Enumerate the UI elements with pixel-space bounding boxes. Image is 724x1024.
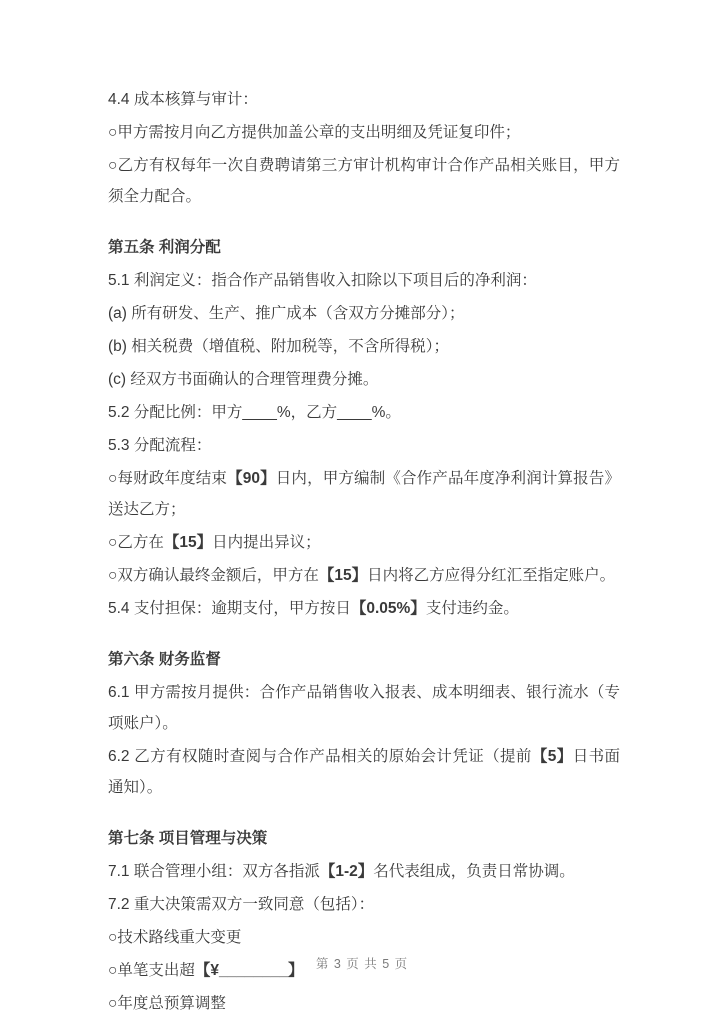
paragraph: (c) 经双方书面确认的合理管理费分摊。: [108, 364, 620, 395]
body-text: ○甲方需按月向乙方提供加盖公章的支出明细及凭证复印件；: [108, 124, 520, 141]
bold-value-text: 第七条 项目管理与决策: [108, 830, 267, 847]
body-text: 6.2 乙方有权随时查阅与合作产品相关的原始会计凭证（提前: [108, 748, 532, 765]
paragraph: (b) 相关税费（增值税、附加税等，不含所得税）；: [108, 331, 620, 362]
body-text: ○每财政年度结束: [108, 470, 227, 487]
document-page: 4.4 成本核算与审计：○甲方需按月向乙方提供加盖公章的支出明细及凭证复印件；○…: [0, 0, 724, 1024]
body-text: ○年度总预算调整: [108, 995, 226, 1012]
paragraph: 6.2 乙方有权随时查阅与合作产品相关的原始会计凭证（提前【5】日书面通知）。: [108, 741, 620, 803]
bold-value-text: 【5】: [532, 748, 573, 765]
body-text: (b) 相关税费（增值税、附加税等，不含所得税）；: [108, 338, 449, 355]
section-heading: 第七条 项目管理与决策: [108, 823, 620, 854]
body-text: 5.2 分配比例：甲方____%，乙方____%。: [108, 404, 401, 421]
paragraph: 5.1 利润定义：指合作产品销售收入扣除以下项目后的净利润：: [108, 265, 620, 296]
body-text: 日内将乙方应得分红汇至指定账户。: [367, 567, 615, 584]
body-text: 6.1 甲方需按月提供：合作产品销售收入报表、成本明细表、银行流水（专项账户）。: [108, 684, 620, 732]
body-text: 5.1 利润定义：指合作产品销售收入扣除以下项目后的净利润：: [108, 272, 537, 289]
section-heading: 第五条 利润分配: [108, 232, 620, 263]
paragraph: ○乙方在【15】日内提出异议；: [108, 527, 620, 558]
bold-value-text: 第五条 利润分配: [108, 239, 221, 256]
paragraph: ○年度总预算调整: [108, 988, 620, 1019]
paragraph: 7.1 联合管理小组：双方各指派【1-2】名代表组成，负责日常协调。: [108, 856, 620, 887]
body-text: ○乙方在: [108, 534, 164, 551]
paragraph: ○双方确认最终金额后，甲方在【15】日内将乙方应得分红汇至指定账户。: [108, 560, 620, 591]
body-text: 4.4 成本核算与审计：: [108, 91, 258, 108]
page-footer: 第 3 页 共 5 页: [0, 954, 724, 972]
bold-value-text: 【90】: [227, 470, 276, 487]
bold-value-text: 【15】: [319, 567, 367, 584]
paragraph: 5.3 分配流程：: [108, 430, 620, 461]
paragraph: 7.2 重大决策需双方一致同意（包括）：: [108, 889, 620, 920]
body-text: ○技术路线重大变更: [108, 929, 241, 946]
bold-value-text: 【15】: [164, 534, 212, 551]
bold-value-text: 【0.05%】: [351, 600, 426, 617]
body-text: 5.3 分配流程：: [108, 437, 211, 454]
body-text: (a) 所有研发、生产、推广成本（含双方分摊部分）；: [108, 305, 465, 322]
body-text: 5.4 支付担保：逾期支付，甲方按日: [108, 600, 351, 617]
paragraph: ○甲方需按月向乙方提供加盖公章的支出明细及凭证复印件；: [108, 117, 620, 148]
body-text: ○乙方有权每年一次自费聘请第三方审计机构审计合作产品相关账目，甲方须全力配合。: [108, 157, 620, 205]
body-text: ○双方确认最终金额后，甲方在: [108, 567, 319, 584]
body-text: (c) 经双方书面确认的合理管理费分摊。: [108, 371, 378, 388]
document-body: 4.4 成本核算与审计：○甲方需按月向乙方提供加盖公章的支出明细及凭证复印件；○…: [108, 84, 620, 1021]
paragraph: ○乙方有权每年一次自费聘请第三方审计机构审计合作产品相关账目，甲方须全力配合。: [108, 150, 620, 212]
body-text: 名代表组成，负责日常协调。: [373, 863, 575, 880]
body-text: 7.1 联合管理小组：双方各指派: [108, 863, 320, 880]
body-text: 日内提出异议；: [212, 534, 321, 551]
paragraph: ○每财政年度结束【90】日内，甲方编制《合作产品年度净利润计算报告》送达乙方；: [108, 463, 620, 525]
paragraph: 5.4 支付担保：逾期支付，甲方按日【0.05%】支付违约金。: [108, 593, 620, 624]
bold-value-text: 第六条 财务监督: [108, 651, 221, 668]
section-heading: 第六条 财务监督: [108, 644, 620, 675]
body-text: 7.2 重大决策需双方一致同意（包括）：: [108, 896, 374, 913]
paragraph: (a) 所有研发、生产、推广成本（含双方分摊部分）；: [108, 298, 620, 329]
body-text: 支付违约金。: [426, 600, 519, 617]
paragraph: ○技术路线重大变更: [108, 922, 620, 953]
bold-value-text: 【1-2】: [320, 863, 373, 880]
paragraph: 5.2 分配比例：甲方____%，乙方____%。: [108, 397, 620, 428]
paragraph: 6.1 甲方需按月提供：合作产品销售收入报表、成本明细表、银行流水（专项账户）。: [108, 677, 620, 739]
paragraph: 4.4 成本核算与审计：: [108, 84, 620, 115]
